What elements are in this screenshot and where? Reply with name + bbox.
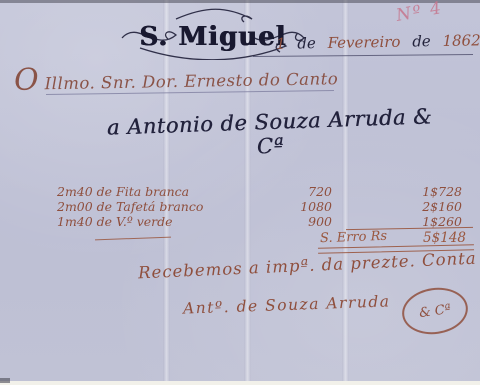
scan-artifact (0, 378, 10, 383)
date-particle: de (412, 32, 431, 50)
scan-bottom-edge (0, 381, 480, 385)
payee-line: a Antonio de Souza Arruda & Cª (99, 104, 440, 164)
item-description: 1m40 de V.º verde (57, 214, 277, 229)
total-label: S. Erro Rs (320, 229, 388, 246)
signature-company-flourish: & Cª (399, 284, 471, 339)
date-particle: de (297, 34, 316, 52)
letterhead-title: S. Miguel (139, 22, 286, 52)
tally-dash (95, 237, 171, 241)
date-line: 1 de Fevereiro de 1862 (276, 31, 480, 53)
item-description: 2m40 de Fita branca (57, 184, 277, 199)
invoice-row: 1m40 de V.º verde 900 1$260 (0, 214, 480, 228)
invoice-row: 2m00 de Tafetá branco 1080 2$160 (0, 199, 480, 213)
document-sheet: Nº 4 S. Miguel 1 de Fevereiro de 1862 OI… (0, 0, 480, 385)
receipt-statement: Recebemos a impª. da prezte. Conta (138, 249, 477, 283)
item-amount: 2$160 (400, 199, 462, 214)
addressee-initial: O (14, 62, 39, 97)
date-month: Fevereiro (327, 33, 400, 52)
date-day: 1 (276, 35, 286, 53)
item-price: 900 (280, 214, 332, 229)
scan-top-edge (0, 0, 480, 3)
invoice-row: 2m40 de Fita branca 720 1$728 (0, 184, 480, 198)
document-number: Nº 4 (395, 0, 445, 26)
signature-company: & Cª (418, 301, 452, 320)
item-description: 2m00 de Tafetá branco (57, 199, 277, 214)
item-amount: 1$728 (400, 184, 462, 199)
item-price: 1080 (280, 199, 332, 214)
item-price: 720 (280, 184, 332, 199)
date-year: 1862 (442, 31, 480, 50)
signature-name: Antº. de Souza Arruda (183, 292, 391, 317)
